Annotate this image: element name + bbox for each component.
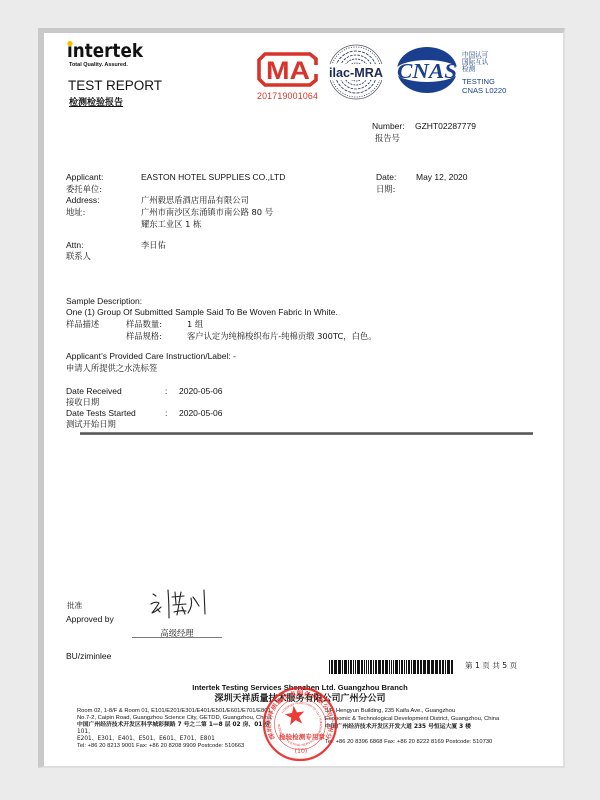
footer-contact-line: Tel: +86 20 8396 6868 Fax: +86 20 8222 8… bbox=[325, 739, 492, 746]
applicant-value: EASTON HOTEL SUPPLIES CO.,LTD bbox=[141, 172, 285, 182]
footer-address-line: 3/F, Hengyun Building, 235 Kaifa Ave., G… bbox=[325, 708, 455, 715]
date-tests-started-label-cn: 测试开始日期 bbox=[66, 419, 116, 429]
footer-address-line: 中国广州经济技术开发区科学城彩频路 7 号之二第 1—8 层 02 房、01 房 bbox=[77, 722, 270, 729]
date-tests-started-label: Date Tests Started bbox=[66, 408, 136, 418]
footer-address-line: E201、E301、E401、E501、E601、E701、E801 bbox=[77, 736, 215, 743]
address-label-cn: 地址: bbox=[66, 207, 85, 217]
report-page bbox=[38, 28, 565, 768]
date-received-value: 2020-05-06 bbox=[179, 386, 222, 396]
report-barcode bbox=[329, 660, 455, 674]
bu-reference: BU/ziminlee bbox=[66, 651, 111, 661]
sample-quantity-label: 样品数量: bbox=[126, 319, 162, 329]
ilac-mra-logo: ilac-MRA bbox=[327, 40, 385, 104]
footer-contact-line: Tel: +86 20 8213 9001 Fax: +86 20 8208 9… bbox=[77, 743, 244, 750]
seal-center-text: 检验检测专用章 bbox=[279, 732, 326, 741]
footer-address-line: 中国广州经济技术开发区开发大道 235 号恒运大厦 3 楼 bbox=[325, 724, 471, 731]
attn-value: 李日佑 bbox=[141, 240, 166, 250]
cnas-text-line: 检测 bbox=[462, 66, 475, 73]
cnas-text-line: TESTING bbox=[462, 77, 495, 86]
signature-image bbox=[148, 587, 210, 621]
address-line: 广州市南沙区东涌镇市南公路 80 号 bbox=[141, 207, 273, 217]
address-line: 耀东工业区 1 栋 bbox=[141, 219, 201, 229]
care-instruction-label: Applicant’s Provided Care Instruction/La… bbox=[66, 351, 236, 361]
sample-quantity-value: 1 组 bbox=[187, 319, 203, 329]
cnas-accreditation-number: CNAS L0220 bbox=[462, 86, 506, 95]
footer-address-line: Room 02, 1-8/F & Room 01, E101/E201/E301… bbox=[77, 708, 272, 715]
sample-description-heading: Sample Description: bbox=[66, 296, 142, 306]
footer-address-line: Economic & Technological Development Dis… bbox=[325, 716, 499, 723]
sample-spec-label: 样品规格: bbox=[126, 331, 162, 341]
date-received-separator: : bbox=[165, 386, 167, 396]
date-tests-started-value: 2020-05-06 bbox=[179, 408, 222, 418]
date-tests-started-separator: : bbox=[165, 408, 167, 418]
signature-line bbox=[132, 637, 222, 638]
care-instruction-label-cn: 申请人所提供之水洗标签 bbox=[66, 363, 157, 373]
cnas-logo-label: CNAS bbox=[397, 59, 457, 83]
date-received-label: Date Received bbox=[66, 386, 122, 396]
attn-label-cn: 联系人 bbox=[66, 251, 91, 261]
sample-spec-value: 客户认定为纯棉梭织布片-纯棉贡缎 300TC，白色。 bbox=[187, 331, 377, 341]
date-label: Date: bbox=[376, 172, 396, 182]
applicant-label: Applicant: bbox=[66, 172, 103, 182]
footer-address-line: 101、 bbox=[77, 729, 94, 736]
report-title: TEST REPORT bbox=[68, 78, 162, 94]
report-number-label: Number: bbox=[372, 121, 405, 131]
sample-description-label-cn: 样品描述 bbox=[66, 319, 99, 329]
report-number-value: GZHT02287779 bbox=[415, 121, 476, 131]
ilac-mra-label: ilac-MRA bbox=[329, 65, 384, 80]
approved-by-label: Approved by bbox=[66, 614, 114, 624]
date-value: May 12, 2020 bbox=[416, 172, 468, 182]
applicant-label-cn: 委托单位: bbox=[66, 184, 102, 194]
official-seal: 深圳天祥质量技术服务有限公司广州分公司 INTERTEK TESTING SER… bbox=[262, 686, 338, 762]
sample-description-text: One (1) Group Of Submitted Sample Said T… bbox=[66, 307, 338, 317]
date-received-label-cn: 接收日期 bbox=[66, 397, 99, 407]
cnas-logo: CNAS bbox=[396, 46, 458, 94]
cma-logo-letters: MA bbox=[266, 57, 310, 85]
address-line: 广州毅思盾酒店用品有限公司 bbox=[141, 195, 249, 205]
date-label-cn: 日期: bbox=[376, 184, 395, 194]
logo-tagline: Total Quality. Assured. bbox=[69, 62, 128, 68]
address-label: Address: bbox=[66, 195, 100, 205]
report-number-label-cn: 报告号 bbox=[375, 133, 400, 143]
footer-address-line: No.7-2, Caipin Road, Guangzhou Science C… bbox=[77, 715, 271, 722]
seal-number: (10) bbox=[295, 748, 308, 755]
attn-label: Attn: bbox=[66, 240, 83, 250]
page-indicator: 第 1 页 共 5 页 bbox=[465, 661, 517, 671]
cma-logo: MA bbox=[256, 52, 320, 87]
intertek-logo-wordmark: intertek bbox=[67, 40, 143, 62]
cma-number: 201719001064 bbox=[257, 91, 318, 101]
section-divider bbox=[80, 432, 533, 435]
intertek-logo: intertek bbox=[67, 40, 147, 62]
intertek-logo-dot-icon bbox=[67, 41, 72, 46]
approved-label-cn: 批准 bbox=[67, 601, 82, 611]
report-title-cn: 检测检验报告 bbox=[69, 96, 123, 108]
